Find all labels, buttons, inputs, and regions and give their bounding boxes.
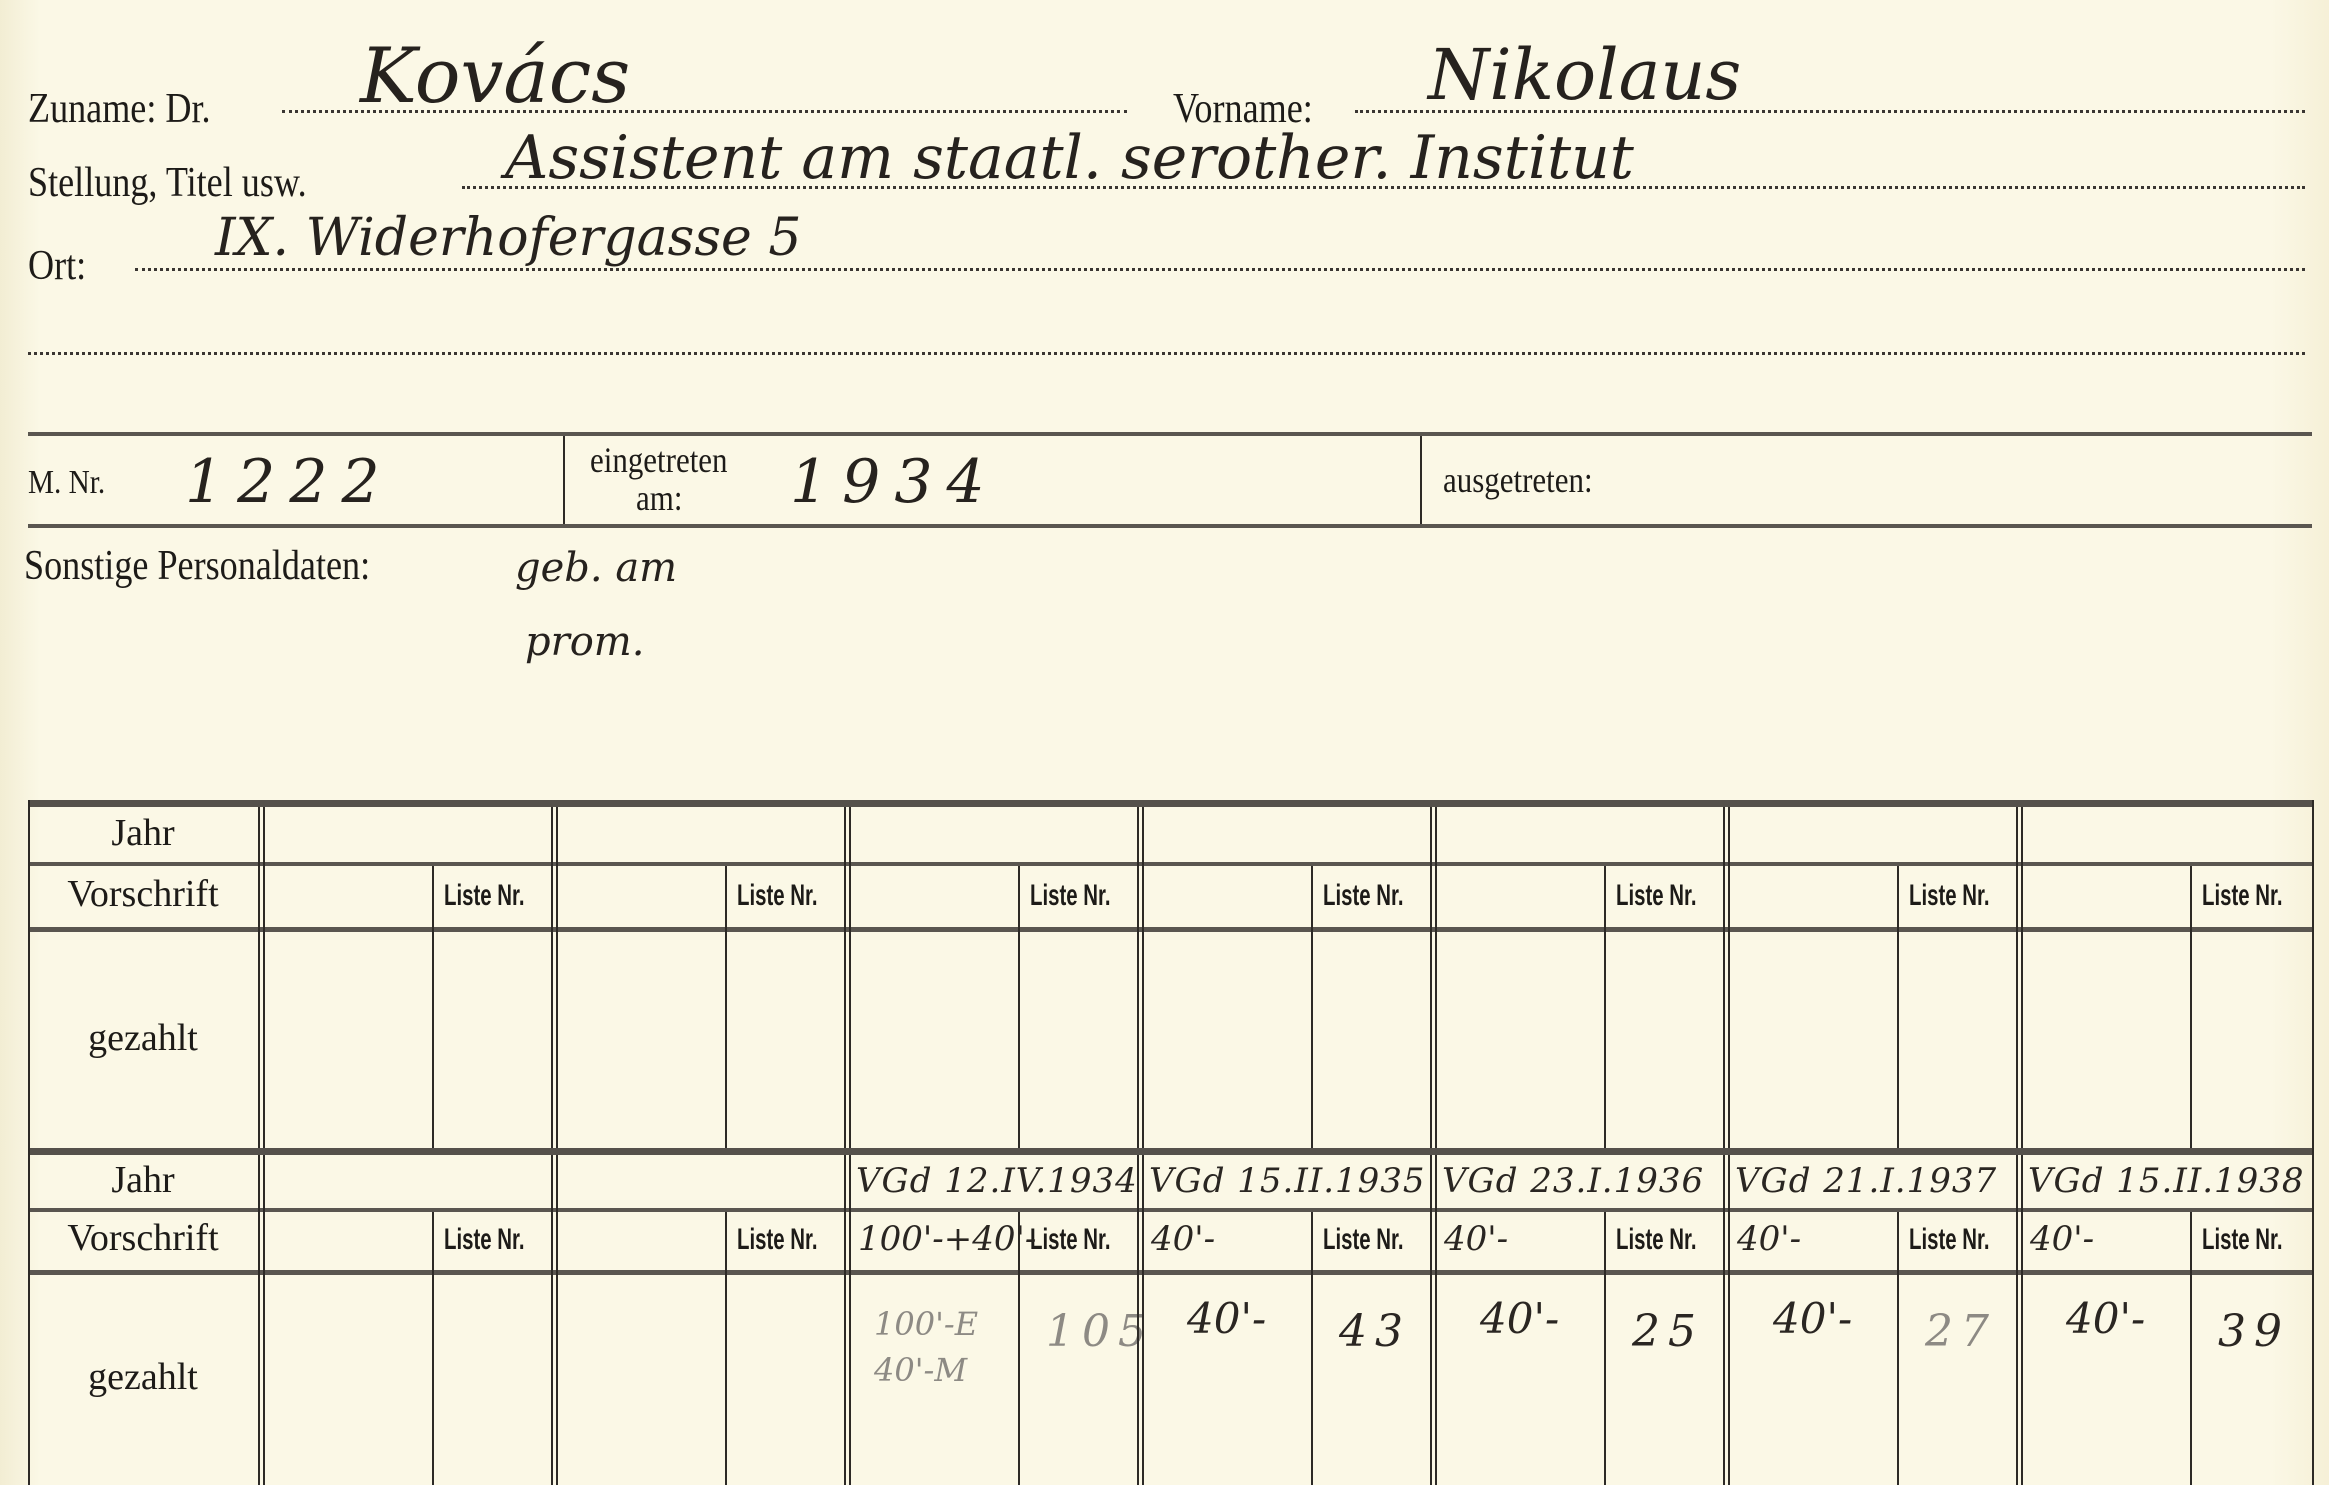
liste-divider xyxy=(1897,1212,1899,1485)
group-divider xyxy=(258,807,265,1150)
gezahlt-cell[interactable]: 40'- xyxy=(2066,1298,2145,1340)
gezahlt-cell[interactable]: 100'-E xyxy=(874,1308,978,1340)
liste-nr-label: Liste Nr. xyxy=(1616,1225,1696,1255)
liste-divider xyxy=(2190,1212,2192,1485)
personal-value-line2: prom. xyxy=(525,622,644,662)
vorschrift-cell[interactable]: 40'- xyxy=(1151,1222,1215,1256)
membership-bottom-rule xyxy=(28,524,2312,528)
liste-divider xyxy=(1604,1212,1606,1485)
ort-label: Ort: xyxy=(28,245,86,287)
liste-cell[interactable]: 27 xyxy=(1925,1310,1997,1354)
liste-nr-label: Liste Nr. xyxy=(737,1225,817,1255)
table-jahr-rule xyxy=(28,1208,2312,1212)
liste-nr-label: Liste Nr. xyxy=(1909,1225,1989,1255)
table-top-rule xyxy=(28,800,2312,807)
liste-nr-label: Liste Nr. xyxy=(2202,881,2282,911)
vorschrift-cell[interactable]: 40'- xyxy=(1737,1222,1801,1256)
liste-nr-label: Liste Nr. xyxy=(2202,1225,2282,1255)
group-divider xyxy=(1723,807,1730,1150)
row-label-vorschrift: Vorschrift xyxy=(28,875,258,913)
personal-label: Sonstige Personaldaten: xyxy=(24,545,370,587)
eingetreten-value: 1934 xyxy=(790,452,999,512)
gezahlt-cell[interactable]: 40'- xyxy=(1480,1298,1559,1340)
group-divider xyxy=(844,1155,851,1485)
eingetreten-label: eingetreten xyxy=(590,442,728,478)
row-label-gezahlt: gezahlt xyxy=(28,1019,258,1057)
jahr-cell[interactable]: VGd 15.II.1938 xyxy=(2028,1164,2305,1198)
group-divider xyxy=(258,1155,265,1485)
liste-nr-label: Liste Nr. xyxy=(1030,881,1110,911)
group-divider xyxy=(1723,1155,1730,1485)
liste-divider xyxy=(1311,866,1313,1150)
group-divider xyxy=(1430,807,1437,1150)
liste-divider xyxy=(2190,866,2192,1150)
membership-divider-1 xyxy=(563,436,565,524)
vorschrift-cell[interactable]: 40'- xyxy=(2030,1222,2094,1256)
group-divider xyxy=(844,807,851,1150)
ort-value: IX. Widerhofergasse 5 xyxy=(215,212,801,264)
table-vorschrift-rule xyxy=(28,1270,2312,1275)
jahr-cell[interactable]: VGd 21.I.1937 xyxy=(1735,1164,1997,1198)
stellung-label: Stellung, Titel usw. xyxy=(28,162,307,204)
liste-divider xyxy=(1604,866,1606,1150)
eingetreten-am-label: am: xyxy=(636,480,682,516)
table-top-rule xyxy=(28,1148,2312,1155)
liste-nr-label: Liste Nr. xyxy=(1323,1225,1403,1255)
table-jahr-rule xyxy=(28,862,2312,866)
mnr-label: M. Nr. xyxy=(28,466,105,500)
gezahlt-cell[interactable]: 40'- xyxy=(1187,1298,1266,1340)
zuname-value: Kovács xyxy=(360,38,630,114)
zuname-label: Zuname: Dr. xyxy=(28,88,211,130)
liste-divider xyxy=(1311,1212,1313,1485)
extra-field-line xyxy=(28,352,2305,355)
liste-divider xyxy=(432,866,434,1150)
table-right-edge xyxy=(2312,1148,2314,1485)
vorname-value: Nikolaus xyxy=(1428,40,1741,110)
liste-cell[interactable]: 43 xyxy=(1339,1310,1411,1354)
vorschrift-cell[interactable]: 100'-+40'- xyxy=(858,1222,1036,1256)
ort-field-line xyxy=(135,268,2305,271)
table-right-edge xyxy=(2312,800,2314,1150)
liste-nr-label: Liste Nr. xyxy=(1030,1225,1110,1255)
liste-nr-label: Liste Nr. xyxy=(444,881,524,911)
table-left-edge xyxy=(28,800,30,1150)
row-label-vorschrift: Vorschrift xyxy=(28,1219,258,1257)
ausgetreten-label: ausgetreten: xyxy=(1443,462,1593,498)
liste-nr-label: Liste Nr. xyxy=(1909,881,1989,911)
liste-divider xyxy=(725,1212,727,1485)
membership-divider-2 xyxy=(1420,436,1422,524)
group-divider xyxy=(1430,1155,1437,1485)
gezahlt-cell-secondary[interactable]: 40'-M xyxy=(874,1354,967,1386)
vorschrift-cell[interactable]: 40'- xyxy=(1444,1222,1508,1256)
liste-divider xyxy=(725,866,727,1150)
liste-nr-label: Liste Nr. xyxy=(444,1225,524,1255)
row-label-jahr: Jahr xyxy=(28,814,258,852)
personal-value-line1: geb. am xyxy=(515,548,677,588)
row-label-jahr: Jahr xyxy=(28,1161,258,1199)
group-divider xyxy=(2016,1155,2023,1485)
jahr-cell[interactable]: VGd 23.I.1936 xyxy=(1442,1164,1704,1198)
liste-divider xyxy=(1018,866,1020,1150)
gezahlt-cell[interactable]: 40'- xyxy=(1773,1298,1852,1340)
liste-cell[interactable]: 25 xyxy=(1632,1310,1704,1354)
jahr-cell[interactable]: VGd 15.II.1935 xyxy=(1149,1164,1426,1198)
jahr-cell[interactable]: VGd 12.IV.1934 xyxy=(856,1164,1138,1198)
liste-divider xyxy=(1897,866,1899,1150)
liste-cell[interactable]: 39 xyxy=(2218,1310,2290,1354)
group-divider xyxy=(1137,1155,1144,1485)
liste-nr-label: Liste Nr. xyxy=(1323,881,1403,911)
group-divider xyxy=(551,807,558,1150)
liste-nr-label: Liste Nr. xyxy=(1616,881,1696,911)
mnr-value: 1222 xyxy=(185,452,394,512)
membership-top-rule xyxy=(28,432,2312,436)
liste-nr-label: Liste Nr. xyxy=(737,881,817,911)
stellung-value: Assistent am staatl. serother. Institut xyxy=(505,128,1634,188)
liste-divider xyxy=(432,1212,434,1485)
table-vorschrift-rule xyxy=(28,927,2312,932)
group-divider xyxy=(551,1155,558,1485)
group-divider xyxy=(1137,807,1144,1150)
row-label-gezahlt: gezahlt xyxy=(28,1358,258,1396)
group-divider xyxy=(2016,807,2023,1150)
